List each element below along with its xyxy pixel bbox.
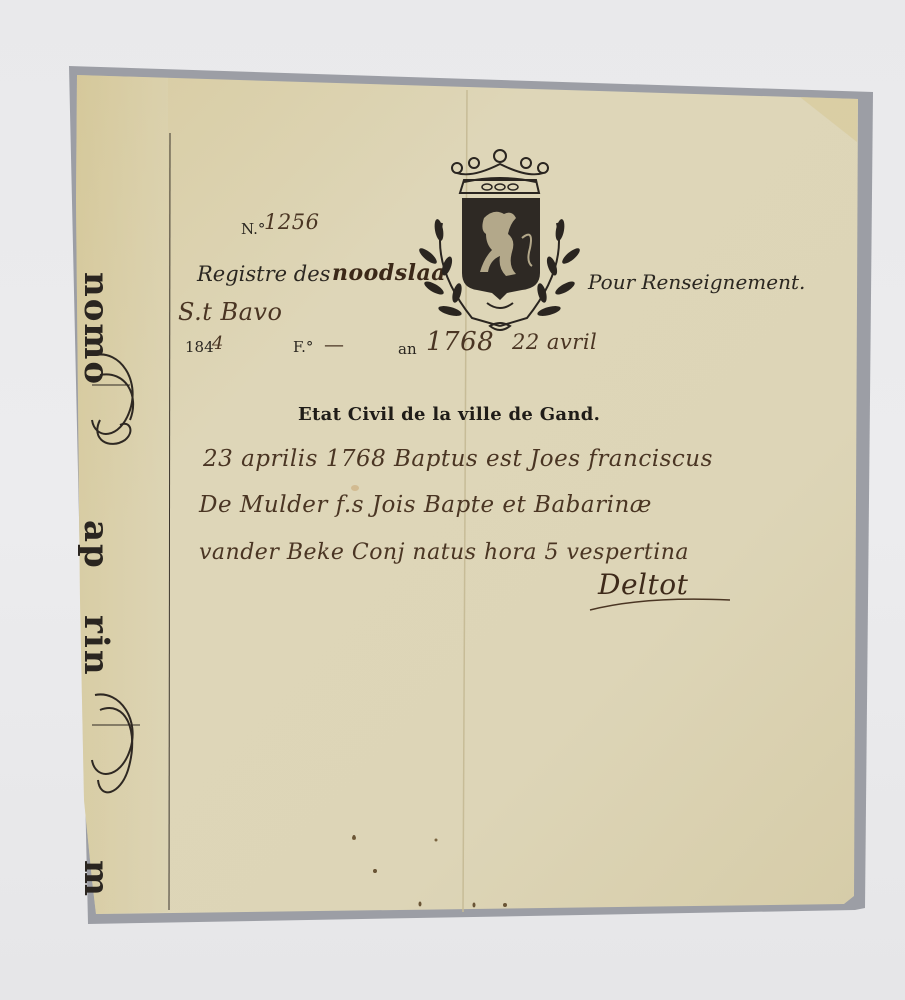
folio-label: F.° (293, 338, 313, 356)
an-label: an (398, 340, 417, 358)
document-title: Etat Civil de la ville de Gand. (298, 404, 600, 425)
body-line-1: 23 aprilis 1768 Baptus est Joes francisc… (203, 446, 713, 472)
number-value: 1256 (264, 210, 319, 234)
stub-text-bottom: m (76, 860, 116, 898)
signature-flourish-icon (585, 590, 735, 615)
parish-name: S.t Bavo (178, 298, 282, 326)
year-suffix: 4 (212, 333, 224, 354)
body-line-2: De Mulder f.s Jois Bapte et Babarinæ (199, 492, 652, 518)
register-label: Registre des (197, 262, 330, 286)
pour-renseignement-label: Pour Renseignement. (588, 270, 805, 294)
stub-text-low: rin (76, 615, 116, 677)
folio-value: — (324, 332, 344, 356)
stub-text-top: nomo (76, 272, 116, 386)
stub-text-mid: ap (76, 520, 116, 570)
ghent-coat-of-arms-icon (412, 148, 587, 338)
document-paper: nomo ap rin m N.° 1256 Registre des nood… (0, 0, 905, 1000)
year-prefix: 184 (185, 338, 214, 356)
body-line-3: vander Beke Conj natus hora 5 vespertina (199, 540, 689, 565)
number-label: N.° (241, 220, 265, 238)
